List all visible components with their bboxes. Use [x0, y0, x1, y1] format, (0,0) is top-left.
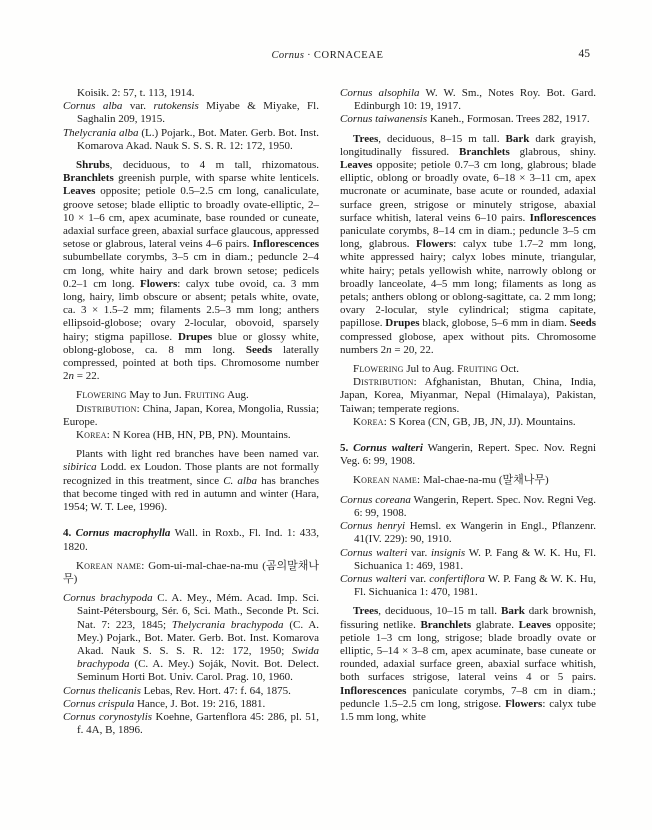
text-segment: = 22. — [74, 370, 99, 382]
synonym-reference: Thelycrania alba (L.) Pojark., Bot. Mate… — [63, 127, 319, 153]
text-segment: glabrate. — [471, 619, 518, 631]
text-segment: 4. — [63, 527, 76, 539]
text-segment: Bark — [506, 133, 530, 145]
text-segment: Fruiting — [457, 363, 498, 375]
page: Cornus · CORNACEAE 45 Koisik. 2: 57, t. … — [0, 0, 652, 830]
text-segment: Cornus thelicanis — [63, 685, 141, 697]
right-column: Cornus alsophila W. W. Sm., Notes Roy. B… — [340, 87, 596, 737]
distribution-line: Distribution: Afghanistan, Bhutan, China… — [340, 376, 596, 416]
running-title: Cornus · CORNACEAE — [63, 49, 592, 62]
text-segment: glabrous, shiny. — [510, 146, 596, 158]
text-segment: : S Korea (CN, GB, JB, JN, JJ). Mountain… — [384, 416, 576, 428]
text-segment: rutokensis — [154, 100, 199, 112]
text-segment: Aug. — [225, 389, 249, 401]
page-number: 45 — [579, 48, 591, 61]
text-segment: Trees — [353, 605, 378, 617]
text-segment: Thelycrania brachypoda — [172, 619, 284, 631]
text-segment: var. — [407, 547, 431, 559]
text-segment: : Mal-chae-na-mu (말채나무) — [417, 474, 549, 486]
synonym-reference: Cornus walteri var. insignis W. P. Fang … — [340, 547, 596, 573]
species-heading-5: 5. Cornus walteri Wangerin, Repert. Spec… — [340, 442, 596, 468]
phenology-line: Flowering May to Jun. Fruiting Aug. — [63, 389, 319, 402]
text-segment: Inflorescences — [253, 238, 319, 250]
running-title-separator: · — [304, 50, 314, 61]
text-segment: Jul to Aug. — [404, 363, 457, 375]
text-segment: Korean name — [353, 474, 417, 486]
text-segment: C. alba — [223, 475, 257, 487]
running-title-family: CORNACEAE — [314, 50, 384, 61]
text-segment: Flowers — [416, 238, 453, 250]
text-segment: Seeds — [246, 344, 272, 356]
text-segment: Cornus brachypoda — [63, 592, 153, 604]
synonym-reference: Cornus alsophila W. W. Sm., Notes Roy. B… — [340, 87, 596, 113]
text-segment: : N Korea (HB, HN, PB, PN). Mountains. — [107, 429, 291, 441]
text-segment: Cornus macrophylla — [76, 527, 171, 539]
synonym-reference: Cornus alba var. rutokensis Miyabe & Miy… — [63, 100, 319, 126]
korea-line: Korea: N Korea (HB, HN, PB, PN). Mountai… — [63, 429, 319, 442]
synonym-reference: Cornus henryi Hemsl. ex Wangerin in Engl… — [340, 520, 596, 546]
text-segment: sibirica — [63, 461, 97, 473]
text-segment: Flowering — [353, 363, 404, 375]
text-columns: Koisik. 2: 57, t. 113, 1914.Cornus alba … — [63, 87, 596, 737]
text-segment: Drupes — [385, 317, 419, 329]
korean-name-line: Korean name: Gom-ui-mal-chae-na-mu (곰의말채… — [63, 560, 319, 586]
text-segment: insignis — [431, 547, 465, 559]
text-segment: Flowers — [140, 278, 177, 290]
text-segment: Plants with light red branches have been… — [76, 448, 319, 460]
text-segment: Cornus alba — [63, 100, 122, 112]
text-segment: : calyx tube 1.7–2 mm long, white appres… — [340, 238, 596, 329]
species-heading-4: 4. Cornus macrophylla Wall. in Roxb., Fl… — [63, 527, 319, 553]
text-segment: Cornus walteri — [340, 547, 407, 559]
synonym-reference: Cornus taiwanensis Kaneh., Formosan. Tre… — [340, 113, 596, 126]
reference-continuation: Koisik. 2: 57, t. 113, 1914. — [63, 87, 319, 100]
synonym-reference: Cornus walteri var. confertiflora W. P. … — [340, 573, 596, 599]
text-segment: Cornus taiwanensis — [340, 113, 427, 125]
text-segment: Kaneh., Formosan. Trees 282, 1917. — [427, 113, 590, 125]
korean-name-line: Korean name: Mal-chae-na-mu (말채나무) — [340, 474, 596, 487]
text-segment: Cornus corynostylis — [63, 711, 152, 723]
text-segment: Lebas, Rev. Hort. 47: f. 64, 1875. — [141, 685, 291, 697]
text-segment: greenish purple, with sparse white lenti… — [114, 172, 319, 184]
text-segment: Shrubs — [76, 159, 110, 171]
text-segment: Flowers — [505, 698, 542, 710]
text-segment: Trees — [353, 133, 378, 145]
text-segment: Drupes — [178, 331, 212, 343]
text-segment: black, globose, 5–6 mm in diam. — [420, 317, 570, 329]
text-segment: confertiflora — [429, 573, 485, 585]
text-segment: Hance, J. Bot. 19: 216, 1881. — [134, 698, 265, 710]
text-segment: Korea — [353, 416, 384, 428]
taxonomic-note: Plants with light red branches have been… — [63, 448, 319, 514]
synonym-reference: Cornus thelicanis Lebas, Rev. Hort. 47: … — [63, 685, 319, 698]
text-segment: Branchlets — [459, 146, 510, 158]
species-description: Shrubs, deciduous, to 4 m tall, rhizomat… — [63, 159, 319, 383]
text-segment: Leaves — [340, 159, 372, 171]
text-segment: Inflorescences — [530, 212, 596, 224]
text-segment: Leaves — [63, 185, 95, 197]
text-segment: var. — [407, 573, 430, 585]
text-segment: Leaves — [519, 619, 551, 631]
text-segment: Distribution — [76, 403, 137, 415]
distribution-line: Distribution: China, Japan, Korea, Mongo… — [63, 403, 319, 429]
text-segment: Fruiting — [184, 389, 225, 401]
text-segment: , deciduous, 10–15 m tall. — [378, 605, 501, 617]
text-segment: Flowering — [76, 389, 127, 401]
synonym-reference: Cornus brachypoda C. A. Mey., Mém. Acad.… — [63, 592, 319, 684]
text-segment: May to Jun. — [127, 389, 185, 401]
text-segment: Cornus coreana — [340, 494, 411, 506]
text-segment: Inflorescences — [340, 685, 406, 697]
left-column: Koisik. 2: 57, t. 113, 1914.Cornus alba … — [63, 87, 319, 737]
text-segment: , deciduous, to 4 m tall, rhizomatous. — [110, 159, 319, 171]
text-segment: Seeds — [570, 317, 596, 329]
running-title-genus: Cornus — [272, 50, 305, 61]
text-segment: var. — [122, 100, 153, 112]
text-segment: Koisik. 2: 57, t. 113, 1914. — [77, 87, 195, 99]
synonym-reference: Cornus crispula Hance, J. Bot. 19: 216, … — [63, 698, 319, 711]
text-segment: Cornus crispula — [63, 698, 134, 710]
text-segment: Oct. — [498, 363, 519, 375]
text-segment: Cornus walteri — [353, 442, 423, 454]
species-description: Trees, deciduous, 10–15 m tall. Bark dar… — [340, 605, 596, 724]
text-segment: Thelycrania alba — [63, 127, 139, 139]
text-segment: Branchlets — [420, 619, 471, 631]
text-segment: 5. — [340, 442, 353, 454]
text-segment: , deciduous, 8–15 m tall. — [378, 133, 505, 145]
text-segment: Branchlets — [63, 172, 114, 184]
text-segment: Korea — [76, 429, 107, 441]
page-header: Cornus · CORNACEAE 45 — [63, 49, 592, 63]
synonym-reference: Cornus coreana Wangerin, Repert. Spec. N… — [340, 494, 596, 520]
text-segment: Cornus walteri — [340, 573, 407, 585]
text-segment: Bark — [501, 605, 525, 617]
korea-line: Korea: S Korea (CN, GB, JB, JN, JJ). Mou… — [340, 416, 596, 429]
synonym-reference: Cornus corynostylis Koehne, Gartenflora … — [63, 711, 319, 737]
text-segment: compressed globose, apex without pits. C… — [340, 331, 596, 356]
text-segment: = 20, 22. — [392, 344, 434, 356]
text-segment: Korean name — [76, 560, 141, 572]
species-description: Trees, deciduous, 8–15 m tall. Bark dark… — [340, 133, 596, 357]
text-segment: Cornus alsophila — [340, 87, 420, 99]
text-segment: Distribution — [353, 376, 414, 388]
phenology-line: Flowering Jul to Aug. Fruiting Oct. — [340, 363, 596, 376]
text-segment: Cornus henryi — [340, 520, 405, 532]
